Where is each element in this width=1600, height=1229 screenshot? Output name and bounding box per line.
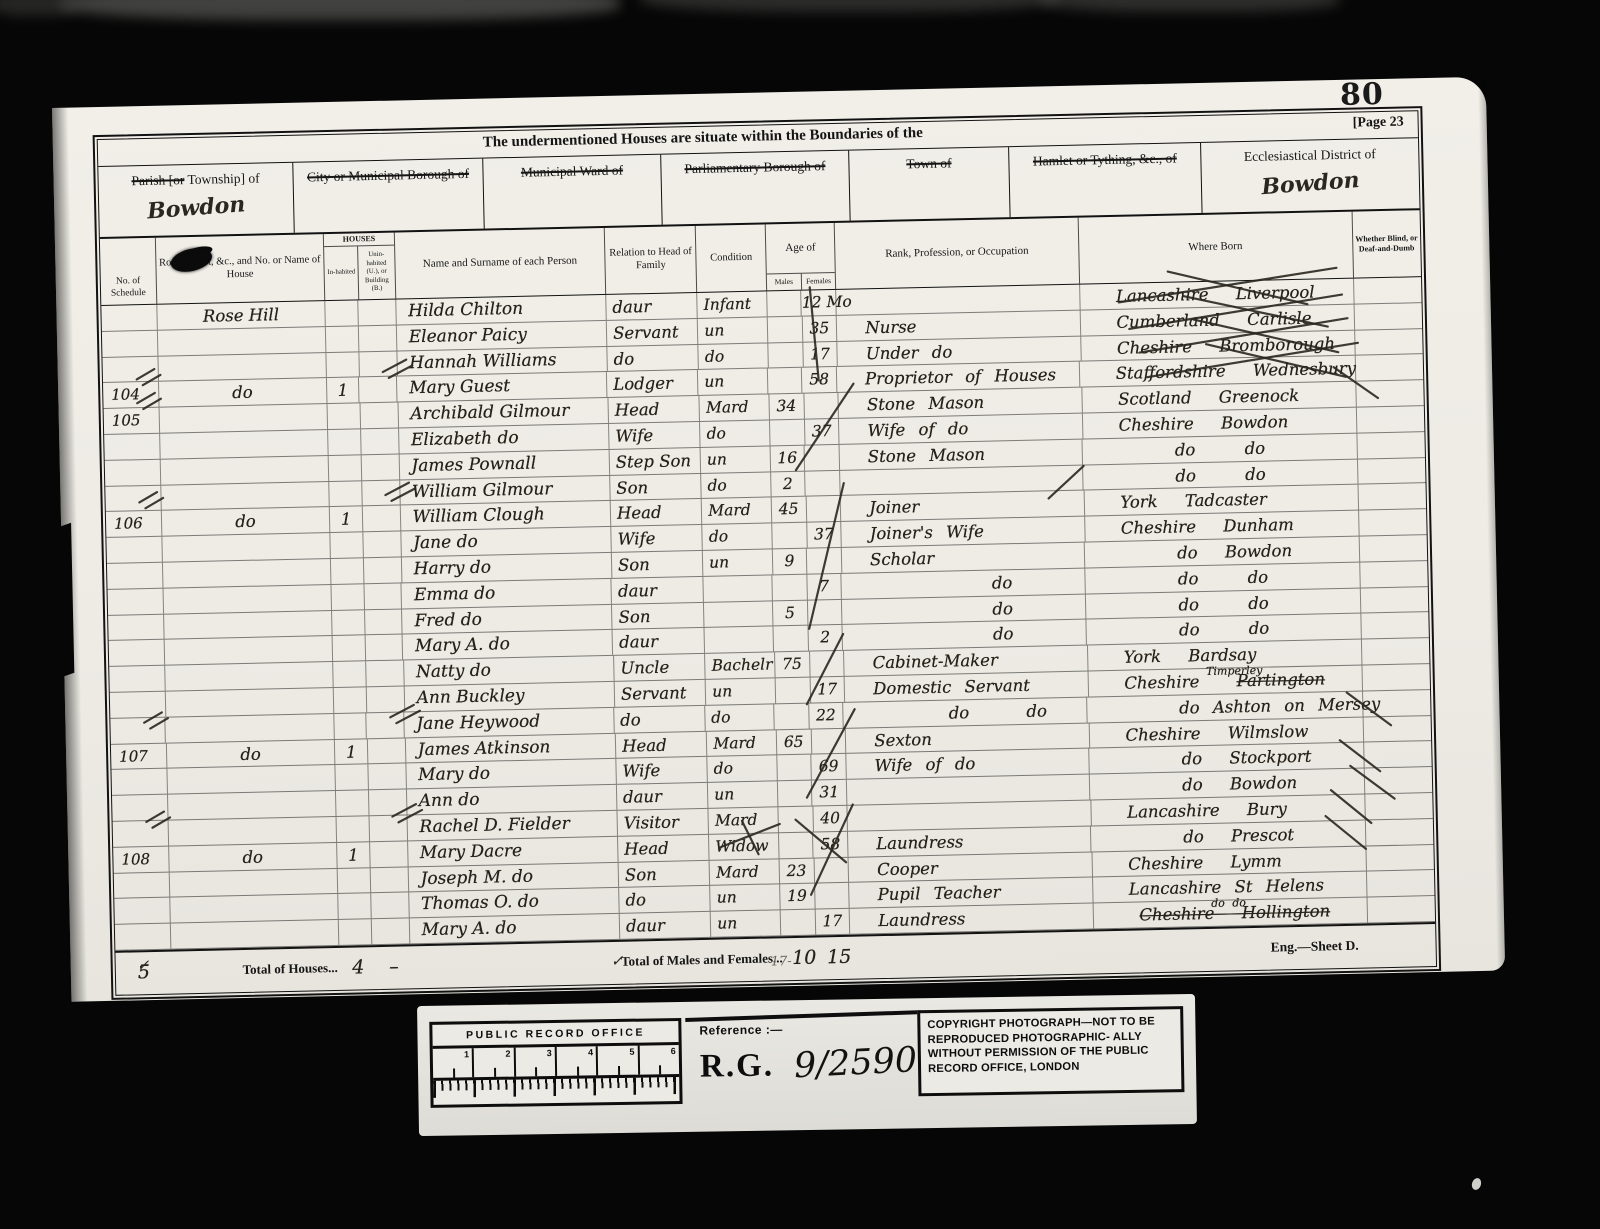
houses-inhabited [328, 404, 361, 430]
sheet-label: Eng.—Sheet D. [1270, 938, 1358, 956]
house-name [167, 765, 336, 793]
house-name [170, 894, 339, 922]
age-male [778, 807, 813, 833]
houses-uninhabited [360, 403, 398, 429]
houses-uninhabited [366, 661, 404, 687]
relation-to-head: daur [613, 628, 705, 655]
col-females-header: Females [802, 273, 836, 290]
relation-to-head: Servant [615, 680, 707, 707]
person-name: Mary Dacre [408, 837, 619, 866]
condition: Mard [710, 859, 780, 885]
microfilm-frame: 80 The undermentioned Houses are situate… [0, 0, 1600, 1229]
ruler-inch-cell: 3 [515, 1047, 557, 1077]
where-born-text: do do [1178, 567, 1269, 588]
location-value-handwritten [484, 180, 661, 193]
age-male [768, 342, 803, 368]
condition: un [708, 781, 778, 807]
census-table: The undermentioned Houses are situate wi… [93, 106, 1442, 1000]
houses-uninhabited [361, 428, 399, 454]
blind-deaf-dumb [1354, 277, 1422, 303]
location-label-struck: Parish [or [131, 172, 184, 188]
person-name: Ann Buckley [404, 682, 615, 711]
relation-to-head: Wife [616, 757, 708, 784]
house-name [168, 817, 337, 845]
age-male [777, 755, 812, 781]
person-name: Mary Guest [397, 372, 607, 401]
age-female: 40 [813, 806, 848, 832]
col-name-header: Name and Surname of each Person [395, 228, 607, 299]
house-name: do [166, 740, 335, 768]
person-name: William Clough [400, 501, 611, 530]
houses-inhabited: 1 [335, 739, 368, 765]
schedule-number [111, 769, 167, 795]
house-name: do [161, 507, 330, 535]
blind-deaf-dumb [1367, 870, 1435, 896]
location-box: Town of [849, 147, 1010, 220]
condition: un [710, 885, 780, 911]
total-females: 15 [821, 937, 857, 980]
blind-deaf-dumb [1356, 380, 1424, 406]
blind-deaf-dumb [1365, 793, 1433, 819]
schedule-number: 105 [104, 408, 160, 434]
houses-uninhabited [370, 841, 408, 867]
age-female: 12 Mo [802, 290, 838, 316]
houses-uninhabited [364, 557, 402, 583]
location-box: City or Municipal Borough of [293, 159, 484, 233]
houses-uninhabited [362, 454, 400, 480]
houses-inhabited [325, 300, 358, 326]
houses-inhabited [339, 919, 372, 945]
blind-deaf-dumb [1360, 587, 1428, 613]
condition: Infant [697, 291, 767, 317]
age-male [779, 832, 814, 858]
houses-uninhabited [365, 635, 403, 661]
condition: do [707, 756, 777, 782]
where-born: do do Cheshire Hollington [1093, 898, 1368, 929]
col-occupation-header: Rank, Profession, or Occupation [835, 218, 1080, 289]
age-male: 19 [780, 884, 815, 910]
age-male: 9 [772, 549, 807, 575]
ruler-inch-cell: 1 [433, 1048, 475, 1078]
house-name [159, 404, 328, 432]
blind-deaf-dumb [1366, 845, 1434, 871]
schedule-number [114, 898, 170, 924]
relation-to-head: Son [610, 474, 702, 501]
condition: do [699, 343, 769, 369]
age-female: 22 [809, 703, 844, 729]
schedule-number [112, 795, 168, 821]
relation-to-head: do [607, 345, 699, 372]
person-name: Eleanor Paicy [396, 321, 607, 350]
condition: un [701, 446, 771, 472]
schedule-number [114, 872, 170, 898]
houses-inhabited [326, 326, 359, 352]
film-edge-mottle [1040, 0, 1340, 12]
where-born-text: Cheshire Bromborough [1117, 334, 1335, 358]
ruler-inch-cell: 4 [557, 1046, 599, 1076]
relation-to-head: Lodger [607, 370, 699, 397]
houses-inhabited [328, 429, 361, 455]
stray-pencil-note: 17- [771, 954, 792, 969]
houses-inhabited [333, 636, 366, 662]
relation-to-head: Step Son [609, 448, 701, 475]
schedule-number [101, 305, 157, 331]
where-born-text: York Tadcaster [1120, 490, 1267, 512]
where-born-text: do Stockport [1181, 747, 1311, 769]
house-name [163, 585, 332, 613]
condition: un [698, 369, 768, 395]
schedule-number: 108 [113, 846, 169, 872]
relation-to-head: daur [617, 783, 709, 810]
blind-deaf-dumb [1360, 561, 1428, 587]
where-born-text: Cheshire [1124, 672, 1199, 693]
age-female: 31 [812, 780, 847, 806]
location-value-handwritten [850, 173, 1009, 185]
house-name [162, 533, 331, 561]
relation-to-head: do [614, 706, 706, 733]
schedule-number [109, 666, 165, 692]
relation-to-head: Head [609, 396, 701, 423]
relation-to-head: Head [611, 499, 703, 526]
blind-deaf-dumb [1362, 664, 1430, 690]
census-rows: Rose Hill Hilda Chilton daur Infant 12 M… [101, 277, 1435, 951]
pro-ruler-inches: 123456 [433, 1045, 679, 1081]
house-name [165, 688, 334, 716]
age-male: 65 [777, 729, 812, 755]
schedule-number [102, 356, 158, 382]
person-name: Emma do [402, 579, 613, 608]
where-born-text: do do [1175, 438, 1266, 459]
location-value-handwritten [1010, 168, 1200, 182]
houses-inhabited [329, 455, 362, 481]
reference-stamp: Reference :— R.G. 9/2590 [699, 1020, 910, 1085]
schedule-number [113, 821, 169, 847]
where-born-text: Lancashire Bury [1127, 799, 1287, 821]
blind-deaf-dumb [1363, 690, 1431, 716]
house-name [161, 482, 330, 510]
location-box: Municipal Ward of [483, 155, 662, 229]
person-name: Joseph M. do [408, 862, 619, 891]
age-female [807, 548, 842, 574]
film-edge-mottle [60, 0, 620, 20]
houses-uninhabited [359, 377, 397, 403]
where-born-text: Scotland Greenock [1118, 386, 1299, 409]
houses-inhabited [331, 584, 364, 610]
relation-to-head: Wife [609, 422, 701, 449]
col-schedule-header: No. of Schedule [100, 238, 157, 305]
location-box: Parliamentary Borough of [661, 151, 850, 225]
house-name: do [159, 378, 328, 406]
age-female: 35 [802, 316, 837, 342]
houses-uninhabited [365, 609, 403, 635]
where-born-text: Cheshire Bowdon [1118, 412, 1288, 435]
location-label: Township] of [184, 170, 260, 187]
schedule-number [105, 485, 161, 511]
age-female [806, 496, 841, 522]
location-label-struck: Municipal Ward of [521, 163, 623, 180]
col-uninhabited-header: Unin-habited (U.), or Building (B.) [358, 245, 395, 299]
total-inhabited: 4 [341, 947, 375, 990]
check-mark: ✓ [611, 952, 624, 970]
age-male [767, 368, 802, 394]
schedule-number [102, 331, 158, 357]
person-name: Mary A. do [403, 630, 614, 659]
schedule-number [115, 924, 171, 950]
age-male: 2 [771, 471, 806, 497]
houses-uninhabited [367, 712, 405, 738]
age-male [773, 626, 808, 652]
age-male [781, 910, 816, 936]
check-mark: ✓ [137, 956, 150, 974]
age-male [774, 703, 809, 729]
houses-uninhabited [368, 738, 406, 764]
person-name: Hilda Chilton [396, 295, 607, 324]
person-name: Thomas O. do [409, 888, 620, 917]
ruler-inch-cell: 6 [639, 1045, 679, 1075]
schedule-number [110, 717, 166, 743]
condition [704, 627, 774, 653]
houses-uninhabited [358, 300, 396, 326]
location-value-handwritten: Bowdon [1201, 163, 1419, 205]
age-female [805, 470, 840, 496]
schedule-number [108, 614, 164, 640]
houses-inhabited [334, 687, 367, 713]
age-female: 2 [808, 625, 843, 651]
houses-inhabited [331, 558, 364, 584]
col-relation-header: Relation to Head of Family [605, 226, 698, 294]
reference-label: Reference :— [699, 1020, 909, 1037]
age-female: 17 [815, 909, 850, 935]
age-female [808, 599, 843, 625]
schedule-number [107, 563, 163, 589]
person-name: Harry do [401, 553, 612, 582]
condition: Mard [700, 395, 770, 421]
schedule-number: 107 [111, 743, 167, 769]
age-female: 37 [807, 522, 842, 548]
blind-deaf-dumb [1356, 406, 1424, 432]
condition: do [705, 704, 775, 730]
house-name [164, 611, 333, 639]
houses-uninhabited [368, 764, 406, 790]
where-born-correction: Timperley [1206, 658, 1263, 684]
film-tear [53, 523, 74, 679]
film-speck [1470, 1177, 1482, 1191]
house-name [168, 791, 337, 819]
ruler-inch-cell: 5 [598, 1046, 640, 1076]
age-female [805, 445, 840, 471]
houses-inhabited [336, 765, 369, 791]
relation-to-head: daur [620, 912, 712, 939]
occupation: Laundress [850, 904, 1094, 934]
houses-uninhabited [371, 893, 409, 919]
schedule-number [110, 692, 166, 718]
person-name: Mary do [406, 759, 617, 788]
houses-uninhabited [363, 532, 401, 558]
pro-ruler-ticks [433, 1077, 679, 1107]
blind-deaf-dumb [1358, 484, 1426, 510]
total-houses-label: Total of Houses... [171, 948, 342, 994]
blind-deaf-dumb [1359, 535, 1427, 561]
houses-inhabited [327, 352, 360, 378]
copyright-stamp: COPYRIGHT PHOTOGRAPH—NOT TO BE REPRODUCE… [917, 1006, 1184, 1096]
public-record-office-stamp: PUBLIC RECORD OFFICE 123456 [429, 1018, 682, 1108]
col-houses-group-header: HOUSES In-habited Unin-habited (U.), or … [324, 233, 396, 301]
age-female [804, 393, 839, 419]
condition: un [703, 549, 773, 575]
condition: Widow [709, 833, 779, 859]
relation-to-head: do [619, 886, 711, 913]
age-male [767, 291, 802, 317]
reference-prefix: R.G. [700, 1048, 775, 1085]
blind-deaf-dumb [1359, 509, 1427, 535]
person-name: Rachel D. Fielder [407, 811, 618, 840]
condition: do [703, 524, 773, 550]
age-group-label: Age of [766, 223, 836, 273]
relation-to-head: Son [612, 551, 704, 578]
blind-deaf-dumb [1364, 741, 1432, 767]
house-name [163, 559, 332, 587]
condition: Mard [707, 730, 777, 756]
where-born-text: Cheshire Lymm [1128, 851, 1282, 873]
houses-inhabited [333, 661, 366, 687]
census-page: 80 The undermentioned Houses are situate… [52, 77, 1505, 1002]
location-value-handwritten: Bowdon [99, 188, 294, 228]
houses-uninhabited [371, 867, 409, 893]
col-inhabited-header: In-habited [324, 246, 359, 300]
houses-inhabited [334, 713, 367, 739]
condition: Bachelr [705, 653, 775, 679]
relation-to-head: Son [612, 602, 704, 629]
house-name [158, 353, 327, 381]
condition: do [700, 420, 770, 446]
houses-uninhabited [359, 351, 397, 377]
relation-to-head: Head [618, 835, 710, 862]
house-name [165, 662, 334, 690]
condition: Mard [702, 498, 772, 524]
age-male: 16 [770, 445, 805, 471]
age-male: 45 [772, 497, 807, 523]
houses-inhabited [337, 816, 370, 842]
col-condition-header: Condition [696, 224, 767, 292]
where-born-text: Lancashire Liverpool [1116, 283, 1315, 306]
location-label: Ecclesiastical District of [1244, 146, 1376, 164]
person-name: Archibald Gilmour [398, 398, 609, 427]
house-name [166, 714, 335, 742]
location-value-handwritten [662, 176, 848, 190]
age-female: 7 [807, 574, 842, 600]
schedule-number [104, 434, 160, 460]
age-female: 69 [812, 754, 847, 780]
house-name [169, 868, 338, 896]
blind-deaf-dumb [1355, 355, 1423, 381]
condition: un [706, 678, 776, 704]
age-female: 17 [803, 342, 838, 368]
houses-inhabited: 1 [327, 378, 360, 404]
house-name [170, 920, 339, 948]
relation-to-head: Son [619, 860, 711, 887]
relation-to-head: daur [606, 293, 698, 320]
archive-stamps-area: PUBLIC RECORD OFFICE 123456 Reference :—… [417, 994, 1197, 1136]
blind-deaf-dumb [1361, 612, 1429, 638]
age-female: 17 [810, 677, 845, 703]
schedule-number [105, 460, 161, 486]
location-box: Hamlet or Tything, &c., of [1009, 143, 1202, 217]
col-age-group-header: Age of Males Females [766, 223, 837, 291]
person-name: Jane Heywood [404, 708, 614, 737]
blind-deaf-dumb [1358, 458, 1426, 484]
houses-uninhabited [367, 686, 405, 712]
schedule-number [108, 588, 164, 614]
person-name: James Pownall [399, 450, 610, 479]
relation-to-head: Wife [611, 525, 703, 552]
houses-uninhabited [359, 325, 397, 351]
blind-deaf-dumb [1357, 432, 1425, 458]
condition: un [711, 910, 781, 936]
reference-value: R.G. 9/2590 [700, 1042, 911, 1085]
occupation [840, 465, 1084, 495]
houses-inhabited: 1 [337, 842, 370, 868]
age-female: 58 [802, 367, 837, 393]
person-name: Fred do [402, 604, 613, 633]
condition [703, 601, 773, 627]
age-female [810, 651, 845, 677]
where-born-text: do do [1178, 593, 1269, 614]
where-born-correction: do do [1211, 890, 1246, 916]
age-male [770, 420, 805, 446]
condition: Mard [709, 807, 779, 833]
houses-inhabited [331, 532, 364, 558]
houses-uninhabited [369, 815, 407, 841]
blind-deaf-dumb [1365, 819, 1433, 845]
col-blind-header: Whether Blind, or Deaf-and-Dumb [1352, 210, 1421, 277]
houses-uninhabited [372, 919, 410, 945]
houses-inhabited [338, 894, 371, 920]
age-male: 34 [769, 394, 804, 420]
houses-uninhabited [363, 506, 401, 532]
location-value-handwritten [294, 184, 482, 198]
person-name: Natty do [404, 656, 615, 685]
person-name: Hannah Williams [397, 347, 608, 376]
age-male [768, 316, 803, 342]
age-male [775, 678, 810, 704]
houses-inhabited [332, 610, 365, 636]
location-box: Ecclesiastical District of Bowdon [1201, 138, 1419, 213]
houses-uninhabited [362, 480, 400, 506]
person-name: Elizabeth do [399, 424, 610, 453]
age-female: 58 [813, 832, 848, 858]
person-name: Jane do [401, 527, 612, 556]
age-male [772, 574, 807, 600]
age-male: 5 [773, 600, 808, 626]
where-born-text: do Prescot [1183, 825, 1294, 846]
person-name: William Gilmour [400, 475, 611, 504]
where-born-text: Cheshire Wilmslow [1125, 721, 1308, 744]
blind-deaf-dumb [1367, 896, 1435, 922]
blind-deaf-dumb [1361, 638, 1429, 664]
age-female: 37 [805, 419, 840, 445]
where-born-text: Staffordshire Wednesbury [1116, 359, 1357, 383]
film-edge-mottle [640, 0, 1060, 12]
ruler-inch-cell: 2 [474, 1048, 516, 1078]
blind-deaf-dumb [1355, 329, 1423, 355]
schedule-number [106, 537, 162, 563]
houses-inhabited [338, 868, 371, 894]
where-born-text: do Bowdon [1182, 773, 1297, 795]
age-female [815, 883, 850, 909]
page-number-label: [Page 23 [1353, 115, 1404, 132]
house-name: Rose Hill [157, 301, 326, 329]
person-name: Ann do [406, 785, 617, 814]
